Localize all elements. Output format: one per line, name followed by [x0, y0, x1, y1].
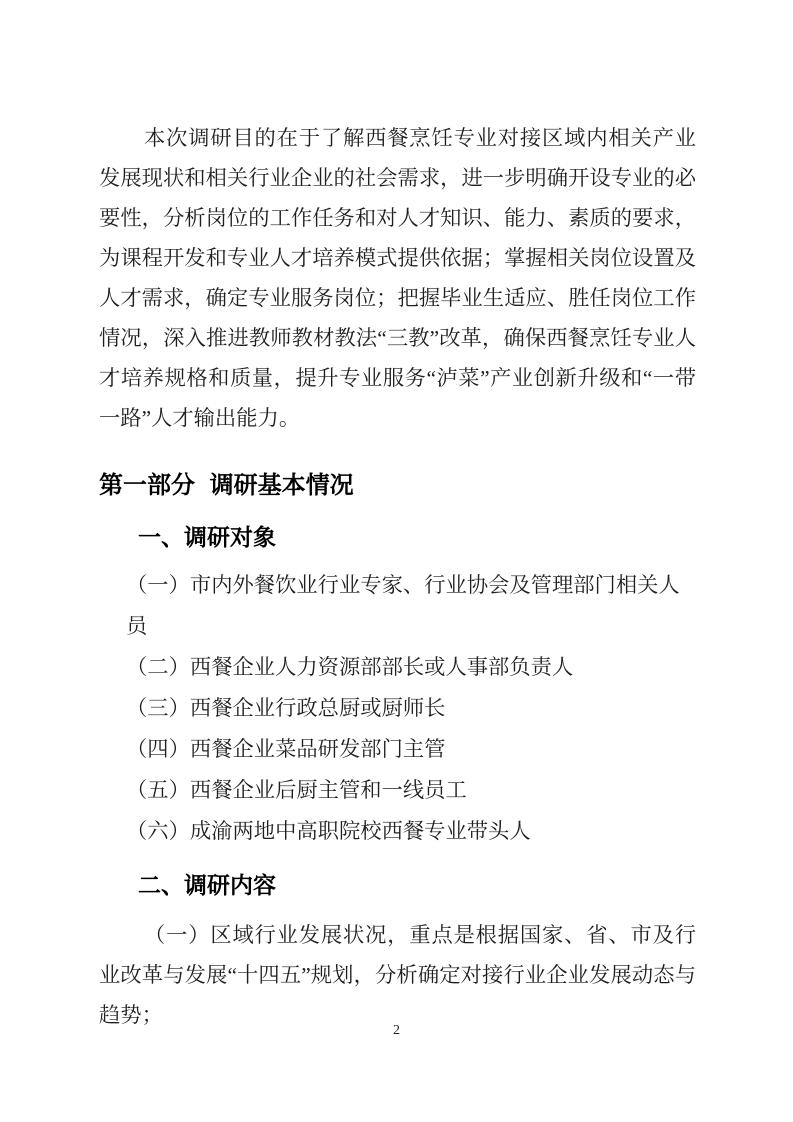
survey-target-item: （一）市内外餐饮业行业专家、行业协会及管理部门相关人员 — [99, 565, 696, 647]
page-number: 2 — [0, 1022, 793, 1040]
survey-target-item: （四）西餐企业菜品研发部门主管 — [99, 729, 696, 770]
subsection-heading-survey-content: 二、调研内容 — [99, 870, 696, 900]
survey-target-list: （一）市内外餐饮业行业专家、行业协会及管理部门相关人员（二）西餐企业人力资源部部… — [99, 565, 696, 852]
section-heading: 第一部分 调研基本情况 — [99, 470, 696, 502]
survey-target-item: （六）成渝两地中高职院校西餐专业带头人 — [99, 811, 696, 852]
survey-target-item: （五）西餐企业后厨主管和一线员工 — [99, 770, 696, 811]
survey-target-item: （二）西餐企业人力资源部部长或人事部负责人 — [99, 647, 696, 688]
survey-target-item: （三）西餐企业行政总厨或厨师长 — [99, 688, 696, 729]
document-page: 本次调研目的在于了解西餐烹饪专业对接区域内相关产业发展现状和相关行业企业的社会需… — [0, 0, 793, 1122]
intro-paragraph: 本次调研目的在于了解西餐烹饪专业对接区域内相关产业发展现状和相关行业企业的社会需… — [99, 118, 696, 438]
subsection-heading-survey-targets: 一、调研对象 — [99, 522, 696, 552]
survey-content-paragraph: （一）区域行业发展状况，重点是根据国家、省、市及行业改革与发展“十四五”规划，分… — [99, 915, 696, 1035]
